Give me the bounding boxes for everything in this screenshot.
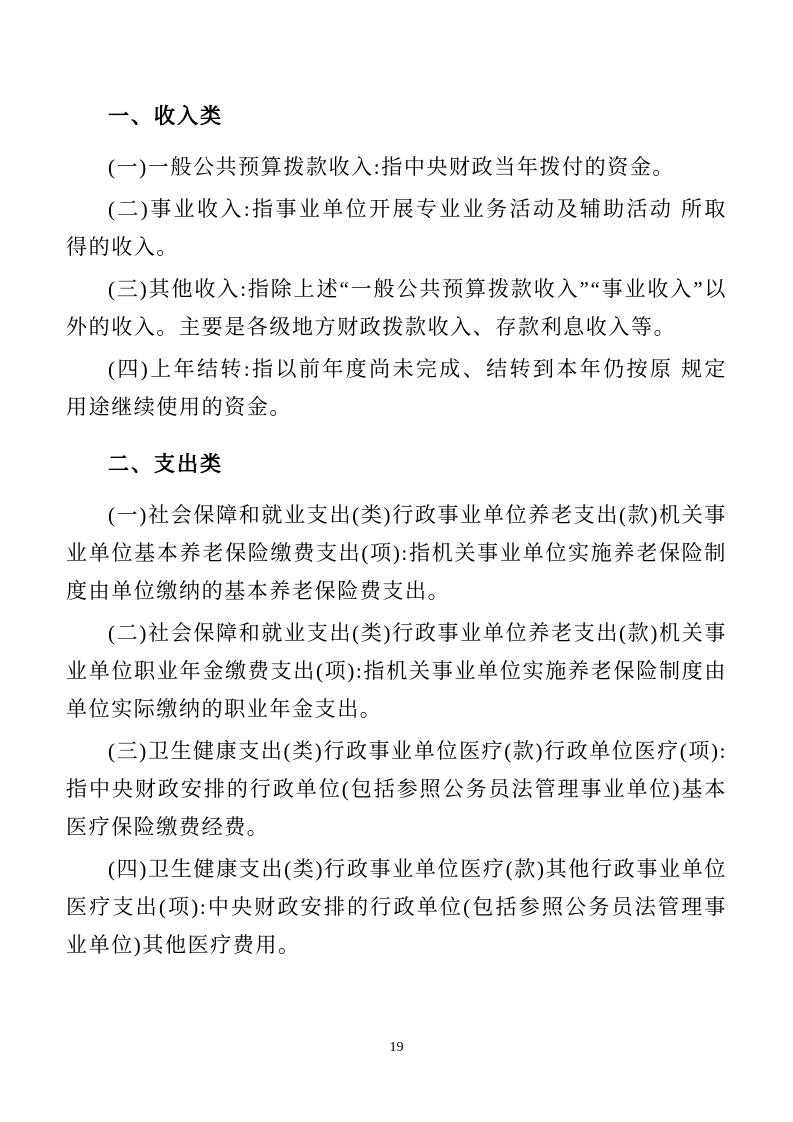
paragraph-expenditure-3: (三)卫生健康支出(类)行政事业单位医疗(款)行政单位医疗(项):指中央财政安排… [66, 732, 727, 846]
paragraph-income-3: (三)其他收入:指除上述“一般公共预算拨款收入”“事业收入”以外的收入。主要是各… [66, 270, 727, 346]
page-number: 19 [0, 1040, 793, 1056]
paragraph-expenditure-2: (二)社会保障和就业支出(类)行政事业单位养老支出(款)机关事业单位职业年金缴费… [66, 614, 727, 728]
section-heading-income: 一、收入类 [66, 98, 727, 136]
paragraph-income-1: (一)一般公共预算拨款收入:指中央财政当年拨付的资金。 [66, 148, 727, 186]
paragraph-expenditure-1: (一)社会保障和就业支出(类)行政事业单位养老支出(款)机关事业单位基本养老保险… [66, 496, 727, 610]
document-body: 一、收入类 (一)一般公共预算拨款收入:指中央财政当年拨付的资金。 (二)事业收… [66, 98, 727, 968]
section-heading-expenditure: 二、支出类 [66, 446, 727, 484]
document-page: 一、收入类 (一)一般公共预算拨款收入:指中央财政当年拨付的资金。 (二)事业收… [0, 0, 793, 1122]
paragraph-expenditure-4: (四)卫生健康支出(类)行政事业单位医疗(款)其他行政事业单位医疗支出(项):中… [66, 850, 727, 964]
paragraph-income-2: (二)事业收入:指事业单位开展专业业务活动及辅助活动 所取得的收入。 [66, 190, 727, 266]
paragraph-income-4: (四)上年结转:指以前年度尚未完成、结转到本年仍按原 规定用途继续使用的资金。 [66, 350, 727, 426]
